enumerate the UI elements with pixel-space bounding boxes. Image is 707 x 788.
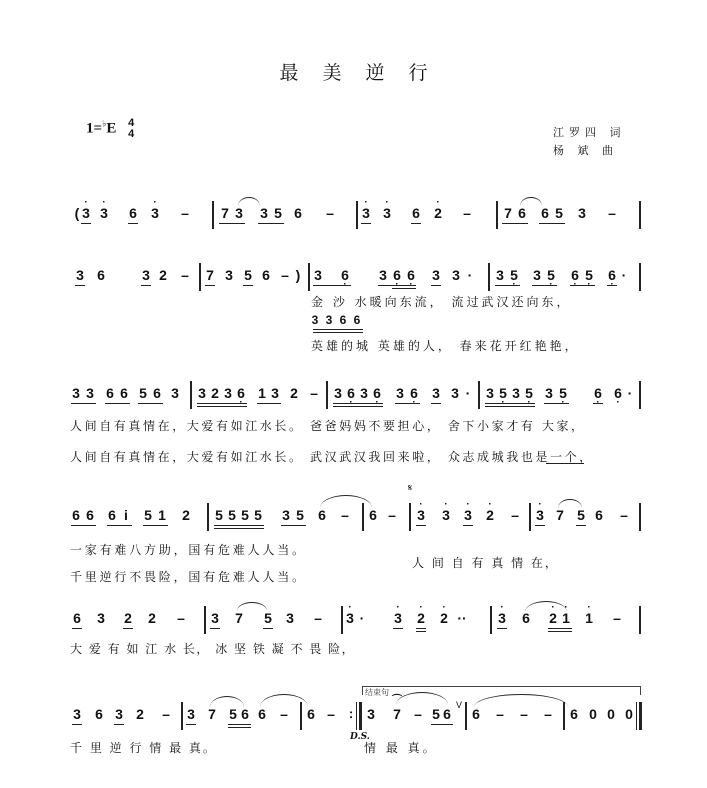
key-label: 1= [86, 120, 102, 136]
note: ·· [457, 610, 466, 626]
note: 2 [148, 610, 156, 626]
note: 3 [260, 205, 268, 221]
note: 3 [360, 385, 368, 401]
note: ·1 [585, 610, 593, 626]
lyrics: 大 爱 有 如 江 水 长， 冰 坚 铁 凝 不 畏 险， [70, 640, 355, 657]
note: – [326, 205, 334, 221]
note: 3 [334, 385, 342, 401]
underline [532, 285, 557, 286]
note: 3 [115, 706, 123, 722]
note: 6 [72, 507, 80, 523]
note: ·2 [549, 610, 557, 626]
underline [141, 285, 151, 286]
repeat-dots: : [349, 706, 353, 721]
barline [300, 702, 302, 730]
note: 2 [136, 706, 144, 722]
note: 6 [443, 706, 451, 722]
barline [362, 503, 364, 531]
barline [190, 381, 192, 409]
note: 6 [106, 385, 114, 401]
underline [75, 285, 85, 286]
barline [356, 201, 358, 229]
underline [123, 628, 133, 629]
note: 3 [187, 706, 195, 722]
credits: 江罗四 词 杨 斌 曲 [553, 124, 626, 160]
lyrics-verse-2: 英雄的城 英雄的人， 春来花开红艳艳， [311, 337, 580, 354]
note: 6· [347, 385, 355, 401]
underline [313, 332, 363, 333]
note: 3 [271, 385, 279, 401]
note: 6 [472, 706, 480, 722]
note: 3 [198, 385, 206, 401]
lyrics-verse-1: 人间自有真情在，大爱有如江水长。 爸爸妈妈不要担心， 舍下小家才有 大家， [70, 417, 586, 434]
barline [529, 503, 531, 531]
note: 6 [262, 267, 270, 283]
lyrics-ending: 情 最 真。 [364, 739, 438, 756]
note: 7 [556, 507, 564, 523]
underline [395, 403, 420, 404]
underline [416, 525, 426, 526]
underline [71, 525, 96, 526]
barline [639, 606, 641, 634]
note: – [544, 706, 552, 722]
note: 3 [486, 385, 494, 401]
underline [463, 525, 473, 526]
key-signature: 1=♭E 44 [86, 118, 134, 140]
note: 1 [258, 385, 266, 401]
note: · [468, 267, 473, 283]
note: 5 [577, 507, 585, 523]
barline [356, 702, 357, 730]
underline [576, 525, 586, 526]
note: 6 [241, 706, 249, 722]
lyricist: 江罗四 词 [553, 124, 626, 142]
note: 3 [314, 267, 322, 283]
note: 5 [241, 507, 249, 523]
underline [243, 285, 253, 286]
note: 3 [171, 385, 179, 401]
underline [378, 285, 416, 286]
note: 6· [341, 267, 349, 283]
underline [497, 628, 507, 629]
note: – [496, 706, 504, 722]
note: 6 [108, 507, 116, 523]
note: 6 [294, 205, 302, 221]
note: 2 [124, 610, 132, 626]
note: 5 [264, 610, 272, 626]
underline [548, 628, 572, 629]
note: · [622, 267, 627, 283]
underline [214, 528, 264, 529]
note: ⌒7 [393, 706, 401, 722]
note: ·3 [417, 507, 425, 523]
lyrics-verse-1: 金 沙 水暖向东流， 流过武汉还向东， [311, 293, 571, 310]
underline [114, 724, 124, 725]
underline [313, 329, 363, 330]
barline [465, 702, 467, 730]
underline [313, 285, 351, 286]
lyrics-verse-2: 千里逆行不畏险，国有危难人人当。 [70, 568, 307, 585]
underline [416, 631, 426, 632]
barline [488, 263, 490, 291]
underline [281, 525, 306, 526]
note: ·2 [417, 610, 425, 626]
note: 6· [410, 385, 418, 401]
note: – [620, 507, 628, 523]
note: – [162, 706, 170, 722]
note: – [608, 205, 616, 221]
slur [210, 696, 244, 707]
note: 3 [73, 706, 81, 722]
note: ( [75, 205, 80, 221]
underline [72, 724, 82, 725]
note: 2 [211, 385, 219, 401]
alt-notes: 3 3 6 6 [312, 313, 363, 327]
note: ·3 [394, 610, 402, 626]
note: 6· [614, 385, 622, 401]
note: 5 [296, 507, 304, 523]
note: – [613, 610, 621, 626]
underline [431, 403, 441, 404]
note: 3 [432, 267, 440, 283]
note: 6 [258, 706, 266, 722]
note: 3 [76, 267, 84, 283]
note: – [388, 507, 396, 523]
underline [107, 525, 132, 526]
note: 6· [594, 385, 602, 401]
note: 3 [235, 205, 243, 221]
note: 6· [373, 385, 381, 401]
barline [199, 263, 201, 291]
underline [593, 403, 603, 404]
underline [210, 628, 220, 629]
slur [238, 197, 260, 206]
note: ·1 [562, 610, 570, 626]
note: 6· [407, 267, 415, 283]
underline [72, 628, 82, 629]
barline [212, 201, 214, 229]
slur [525, 601, 567, 612]
note: – [511, 507, 519, 523]
note: 1 [158, 507, 166, 523]
note: ·2 [434, 205, 442, 221]
note: 3 [86, 385, 94, 401]
lyrics-refrain: 人 间 自 有 真 情 在， [412, 554, 559, 571]
barline [636, 702, 637, 730]
barline [478, 381, 480, 409]
note: ·3 [151, 205, 159, 221]
note: 5 [244, 267, 252, 283]
note: 3 [379, 267, 387, 283]
note: ·3 [498, 610, 506, 626]
note: 5 [139, 385, 147, 401]
note: 3 [451, 385, 459, 401]
note: ·2 [486, 507, 494, 523]
note: 7 [235, 610, 243, 626]
note: – [181, 205, 189, 221]
slur [520, 197, 542, 206]
note: · [466, 385, 471, 401]
underline [416, 628, 426, 629]
note: 2 [182, 507, 190, 523]
note: 5 [228, 507, 236, 523]
note: – [181, 267, 189, 283]
note: 5 [254, 507, 262, 523]
note: 6· [608, 267, 616, 283]
note: 6 [95, 706, 103, 722]
note: 5· [559, 385, 567, 401]
note: – [177, 610, 185, 626]
lyrics-verse-1: 一家有难八方助，国有危难人人当。 [70, 541, 307, 558]
note: 6 [522, 610, 530, 626]
underline [485, 403, 535, 404]
note: – [310, 385, 318, 401]
note: · [628, 385, 633, 401]
note: 5· [525, 385, 533, 401]
barline [639, 503, 641, 531]
ending-label: 结束句 [365, 687, 389, 698]
note: – [520, 706, 528, 722]
underline [197, 403, 247, 404]
note: – [463, 205, 471, 221]
underline [392, 288, 416, 289]
note: 6 [570, 706, 578, 722]
note: 6 [318, 507, 326, 523]
note: 3 [225, 267, 233, 283]
note: 3 [396, 385, 404, 401]
barline [181, 702, 183, 730]
note: 3 [452, 267, 460, 283]
note: 3 [72, 385, 80, 401]
lyric-underline [546, 463, 584, 464]
repeat-barline [359, 702, 362, 730]
note: 3 [432, 385, 440, 401]
note: – [327, 706, 335, 722]
note: 3 [367, 706, 375, 722]
slur [237, 602, 267, 611]
note: 6 [369, 507, 377, 523]
underline [570, 285, 595, 286]
barline [639, 201, 641, 229]
note: 3 [224, 385, 232, 401]
barline [490, 606, 492, 634]
note: ·3 [362, 205, 370, 221]
note: 6· [571, 267, 579, 283]
key-note: E [106, 120, 116, 136]
underline [393, 628, 403, 629]
underline [219, 223, 245, 224]
note: 6 [595, 507, 603, 523]
note: 3 [142, 267, 150, 283]
underline [361, 223, 371, 224]
barline [409, 503, 411, 531]
note: 5 [555, 205, 563, 221]
note: ·3 [100, 205, 108, 221]
lyrics: 千 里 逆 行 情 最 真。 [70, 739, 217, 756]
note: 6 [412, 205, 420, 221]
note: i [124, 507, 128, 523]
underline [205, 285, 215, 286]
note: · [360, 610, 365, 626]
underline [607, 285, 617, 286]
underline [263, 628, 273, 629]
underline [495, 285, 520, 286]
underline [81, 223, 91, 224]
note: 0 [607, 706, 615, 722]
final-barline [639, 702, 642, 730]
time-bottom: 4 [128, 128, 134, 140]
underline [143, 525, 168, 526]
note: ) [296, 267, 301, 283]
song-title: 最美逆行 [0, 58, 707, 85]
note: 3 [578, 205, 586, 221]
note: 0 [589, 706, 597, 722]
underline [228, 724, 251, 725]
note: ·3 [464, 507, 472, 523]
note: 5· [510, 267, 518, 283]
barline [496, 201, 498, 229]
underline [333, 406, 383, 407]
note: 6 [129, 205, 137, 221]
note: 5 [144, 507, 152, 523]
note: 5· [547, 267, 555, 283]
underline [214, 525, 264, 526]
breath-mark: V [456, 700, 462, 710]
note: 2 [159, 267, 167, 283]
note: 3 [97, 610, 105, 626]
note: 3 [496, 267, 504, 283]
note: – [341, 507, 349, 523]
barline [207, 503, 209, 531]
note: 3 [512, 385, 520, 401]
note: 6· [237, 385, 245, 401]
note: ·3 [383, 205, 391, 221]
note: 6 [307, 706, 315, 722]
underline [197, 406, 247, 407]
underline [535, 525, 545, 526]
note: 5· [499, 385, 507, 401]
lyrics-verse-2: 人间自有真情在，大爱有如江水长。 武汉武汉我回来啦， 众志成城我也是一个， [70, 448, 594, 465]
underline [128, 223, 138, 224]
note: 3 [286, 610, 294, 626]
note: 2 [290, 385, 298, 401]
note: 0 [625, 706, 633, 722]
underline [228, 727, 251, 728]
note: ·3 [442, 507, 450, 523]
barline [563, 702, 565, 730]
note: – [280, 706, 288, 722]
note: 6 [120, 385, 128, 401]
note: 5· [585, 267, 593, 283]
note: – [281, 267, 289, 283]
barline [341, 606, 343, 634]
note: ·3 [536, 507, 544, 523]
note: 5 [432, 706, 440, 722]
note: 3 [533, 267, 541, 283]
underline [485, 406, 535, 407]
underline [105, 403, 130, 404]
underline [431, 724, 453, 725]
note: 5 [215, 507, 223, 523]
barline [639, 263, 641, 291]
note: 6 [518, 205, 526, 221]
underline [411, 223, 421, 224]
segno-icon: 𝄋 [408, 483, 412, 494]
underline [333, 403, 383, 404]
barline [639, 381, 641, 409]
barline [204, 606, 206, 634]
note: 6· [393, 267, 401, 283]
composer: 杨 斌 曲 [553, 142, 626, 160]
note: 6 [97, 267, 105, 283]
underline [186, 724, 196, 725]
time-signature: 44 [128, 118, 134, 140]
underline [431, 285, 441, 286]
note: 3 [545, 385, 553, 401]
underline [138, 403, 163, 404]
underline [257, 403, 281, 404]
note: ·3 [346, 610, 354, 626]
note: – [314, 610, 322, 626]
note: 7 [504, 205, 512, 221]
note: 3 [211, 610, 219, 626]
underline [258, 223, 284, 224]
ending-bracket [362, 686, 641, 695]
note: 7 [206, 267, 214, 283]
note: 6 [541, 205, 549, 221]
note: 6 [86, 507, 94, 523]
underline [502, 223, 528, 224]
barline [308, 263, 310, 291]
note: 3 [282, 507, 290, 523]
note: – [414, 706, 422, 722]
note: 5 [274, 205, 282, 221]
note: 6 [73, 610, 81, 626]
note: ·2 [440, 610, 448, 626]
note: 7 [208, 706, 216, 722]
note: ·3 [82, 205, 90, 221]
underline [539, 223, 565, 224]
underline [71, 403, 96, 404]
underline [548, 631, 572, 632]
note: 6 [153, 385, 161, 401]
underline [544, 403, 569, 404]
note: 7 [221, 205, 229, 221]
barline [326, 381, 328, 409]
note: 5 [229, 706, 237, 722]
